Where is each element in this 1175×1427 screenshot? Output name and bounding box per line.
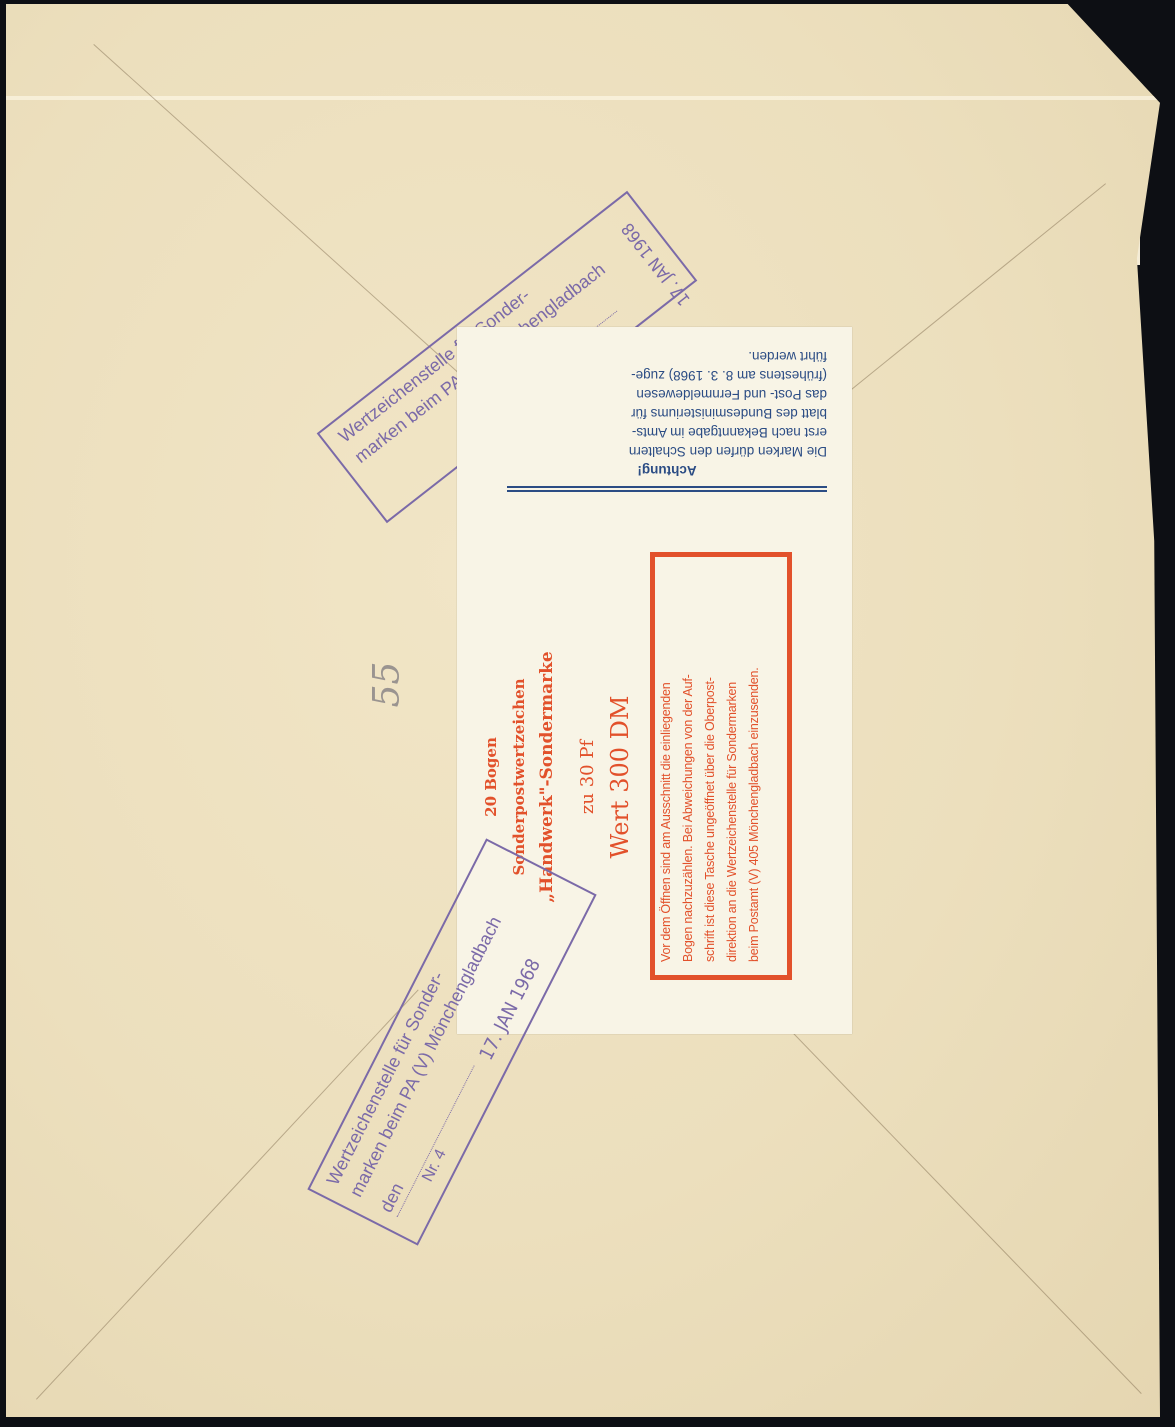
notice-line: blatt des Bundesministeriums für	[507, 404, 827, 423]
warning-line: Vor dem Öffnen sind am Ausschnitt die ei…	[655, 552, 677, 962]
notice-block: Achtung! Die Marken dürfen den Schaltern…	[507, 347, 827, 498]
notice-line: erst nach Bekanntgabe im Amts-	[507, 423, 827, 442]
notice-line: führt werden.	[507, 347, 827, 366]
notice-line: (frühestens am 8. 3. 1968) zuge-	[507, 366, 827, 385]
contents-value: Wert 300 DM	[603, 557, 637, 997]
notice-line: das Post- und Fernmeldewesen	[507, 385, 827, 404]
rule	[507, 486, 827, 488]
warning-line: schrift ist diese Tasche ungeöffnet über…	[699, 552, 721, 962]
stamp-den: den	[376, 1180, 407, 1216]
fold-crease	[6, 96, 1160, 100]
bottom-flap-right	[752, 990, 1142, 1394]
warning-line: direktion an die Wertzeichenstelle für S…	[721, 552, 743, 962]
notice-line: Die Marken dürfen den Schaltern	[507, 442, 827, 461]
rule	[507, 490, 827, 492]
pencil-note-55: 55	[366, 662, 407, 708]
warning-box: Vor dem Öffnen sind am Ausschnitt die ei…	[650, 552, 792, 980]
warning-line: beim Postamt (V) 405 Mönchengladbach ein…	[743, 552, 765, 962]
warning-line: Bogen nachzuzählen. Bei Abweichungen von…	[677, 552, 699, 962]
notice-title: Achtung!	[507, 461, 827, 480]
